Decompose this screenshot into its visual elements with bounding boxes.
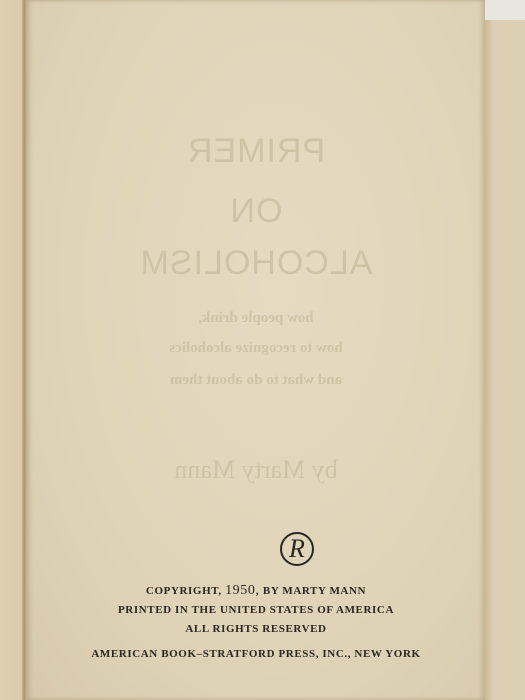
show-through-subtitle-line: how to recognize alcoholics bbox=[27, 340, 485, 357]
background-surface bbox=[485, 0, 525, 20]
show-through-title-line: ON bbox=[27, 194, 485, 228]
copyright-page: PRIMER ON ALCOHOLISM how people drink, h… bbox=[27, 0, 485, 700]
show-through-author: by Marty Mann bbox=[27, 455, 485, 485]
show-through-subtitle-line: how people drink, bbox=[27, 310, 485, 327]
copyright-prefix: COPYRIGHT, bbox=[146, 585, 222, 597]
rights-reserved-line: ALL RIGHTS RESERVED bbox=[27, 623, 485, 635]
printed-in-line: PRINTED IN THE UNITED STATES OF AMERICA bbox=[27, 604, 485, 616]
show-through-title-line: PRIMER bbox=[27, 134, 485, 168]
show-through-title-line: ALCOHOLISM bbox=[27, 246, 485, 280]
copyright-year: 1950, bbox=[225, 583, 260, 598]
publisher-logo-glyph: R bbox=[289, 536, 305, 562]
right-page-edge bbox=[485, 20, 525, 700]
circled-r-icon: R bbox=[280, 532, 314, 566]
show-through-subtitle-line: and what to do about them bbox=[27, 372, 485, 389]
copyright-holder: BY MARTY MANN bbox=[263, 585, 366, 597]
printer-line: AMERICAN BOOK–STRATFORD PRESS, INC., NEW… bbox=[27, 648, 485, 660]
copyright-line: COPYRIGHT, 1950, BY MARTY MANN bbox=[27, 583, 485, 599]
